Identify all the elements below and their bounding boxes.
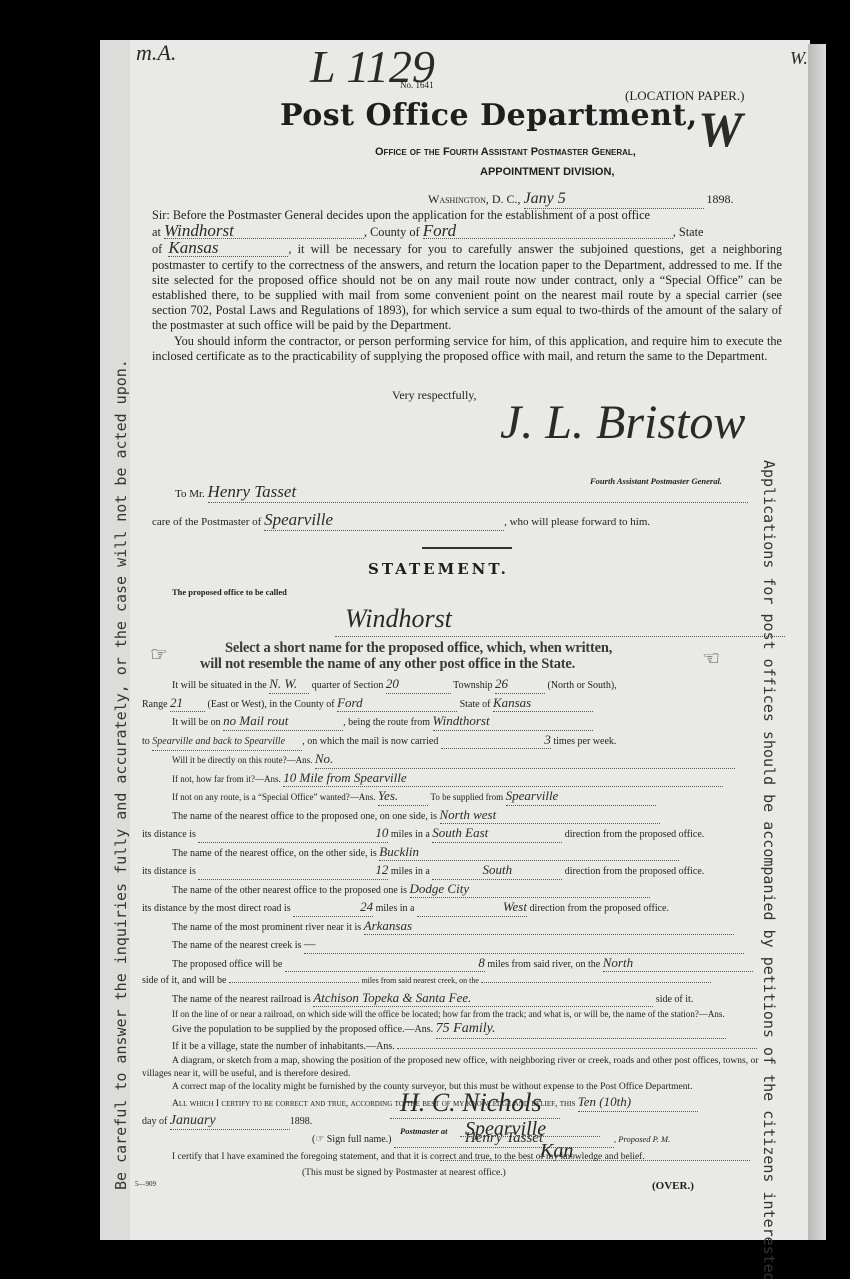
railroad-label: The name of the nearest railroad is <box>172 994 311 1005</box>
other-office-field: Dodge City <box>410 881 650 899</box>
village-question: If it be a village, state the number of … <box>172 1041 395 1052</box>
month-field: January <box>170 1113 290 1131</box>
postmaster-signature: H. C. Nichols <box>400 1088 542 1118</box>
letter-line-1: Before the Postmaster General decides up… <box>173 208 650 222</box>
river-side-label: miles from said river, on the <box>487 959 600 970</box>
form-number: No. 1641 <box>400 80 434 90</box>
side-of-it-2-label: side of it. <box>656 994 694 1005</box>
big-w-mark: W <box>698 100 742 158</box>
date-field: Jany 5 <box>524 190 704 209</box>
direction-from-label: direction from the proposed office. <box>565 829 705 840</box>
creek-miles-field <box>229 982 359 983</box>
division-heading: APPOINTMENT DIVISION, <box>480 166 614 178</box>
form-code: 5—909 <box>135 1180 156 1188</box>
care-label: care of the Postmaster of <box>152 516 261 528</box>
township-label: Township <box>453 680 492 691</box>
special-office-question: If not on any route, is a “Special Offic… <box>172 792 376 802</box>
quarter-field: N. W. <box>269 676 309 694</box>
forward-text: , who will please forward to him. <box>504 516 650 528</box>
bristow-signature: J. L. Bristow <box>500 395 745 450</box>
section-field: 20 <box>386 676 451 694</box>
postmaster-at-line <box>460 1136 600 1137</box>
supplied-from-field: Spearville <box>506 788 656 806</box>
left-margin-notice: Be careful to answer the inquiries fully… <box>112 430 130 1190</box>
pointing-hand-icon: ☞ <box>702 646 720 671</box>
department-title: Post Office Department, <box>280 98 698 133</box>
care-line: care of the Postmaster of Spearville, wh… <box>152 510 650 531</box>
pm-certify-text: I certify that I have examined the foreg… <box>142 1149 782 1166</box>
direction-2-field: South <box>432 862 562 880</box>
route-from-field: Windthorst <box>433 713 593 731</box>
side-of-it-label: side of it, and will be <box>142 975 226 986</box>
letter-body: Sir: Before the Postmaster General decid… <box>152 208 782 364</box>
of-label: of <box>152 242 162 256</box>
special-office-answer: Yes. <box>378 788 428 806</box>
proposed-pm-label: , Proposed P. M. <box>614 1134 670 1144</box>
population-answer: 75 Family. <box>436 1021 726 1039</box>
location-field: Windhorst <box>164 223 364 239</box>
to-label: to <box>142 736 150 747</box>
over-label: (OVER.) <box>652 1180 694 1192</box>
direction-from-label: direction from the proposed office. <box>565 866 705 877</box>
route-label: It will be on <box>172 717 221 728</box>
direction-from-label: direction from the proposed office. <box>529 903 669 914</box>
nearest-office-1-field: North west <box>440 807 660 825</box>
day-of-label: day of <box>142 1116 167 1127</box>
postmaster-at-field: Spearville <box>465 1118 546 1141</box>
place: Washington, D. C., <box>428 192 521 206</box>
railroad-field: Atchison Topeka & Santa Fee. <box>313 990 653 1008</box>
direction-1-field: South East <box>432 825 562 843</box>
times-per-week-field: 3 <box>441 732 551 750</box>
sign-full-name-label: (☞ Sign full name.) <box>312 1134 392 1145</box>
other-office-label: The name of the other nearest office to … <box>172 885 407 896</box>
nearest-office-2-field: Bucklin <box>379 844 679 862</box>
nearest-office-2-label: The name of the nearest office, on the o… <box>172 848 377 859</box>
county-label: , County of <box>364 225 420 239</box>
creek-miles-label: miles from said nearest creek, on the <box>361 976 479 985</box>
route-to-field: Spearville and back to Spearville <box>152 734 302 752</box>
supplied-from-label: To be supplied from <box>431 792 504 802</box>
right-margin-notice: Applications for post offices should be … <box>760 460 778 1180</box>
distance-2-field: 12 <box>198 862 388 880</box>
township-field: 26 <box>495 676 545 694</box>
pointing-hand-icon: ☞ <box>150 642 168 667</box>
distance-1-field: 10 <box>198 825 388 843</box>
postmaster-state-line <box>440 1160 750 1161</box>
range-field: 21 <box>170 695 205 713</box>
creek-field: — <box>304 936 744 954</box>
recipient-field: Henry Tasset <box>208 482 748 503</box>
times-label: times per week. <box>553 736 616 747</box>
route-from-label: , being the route from <box>343 717 430 728</box>
carried-label: , on which the mail is now carried <box>302 736 438 747</box>
margin-note-top-right: W. <box>790 48 808 69</box>
year: 1898. <box>707 192 734 206</box>
miles-in-a-label: miles in a <box>391 829 430 840</box>
direct-route-question: Will it be directly on this route?—Ans. <box>172 755 312 765</box>
to-line: To Mr. Henry Tasset <box>175 482 748 503</box>
closing: Very respectfully, <box>392 388 477 403</box>
salutation: Sir: <box>152 208 170 222</box>
margin-note-top-left: m.A. <box>136 40 176 66</box>
north-south-label: (North or South), <box>547 680 616 691</box>
location-paper-document: m.A. W. L 1129 No. 1641 (LOCATION PAPER.… <box>130 40 810 1240</box>
river-field: Arkansas <box>364 918 734 936</box>
creek-label: The name of the nearest creek is <box>172 940 301 951</box>
postmaster-at-label: Postmaster at <box>400 1126 447 1136</box>
office-heading: Office of the Fourth Assistant Postmaste… <box>375 146 636 158</box>
short-name-notice-line-1: Select a short name for the proposed off… <box>225 640 612 657</box>
railroad-question: If on the line of or near a railroad, on… <box>142 1008 782 1021</box>
distance-3-field: 24 <box>293 899 373 917</box>
creek-side-field <box>481 982 711 983</box>
nearest-office-1-label: The name of the nearest office to the pr… <box>172 811 437 822</box>
to-label: To Mr. <box>175 488 205 500</box>
state-field: Kansas <box>493 695 593 713</box>
page-edge-right <box>808 44 826 1240</box>
at-label: at <box>152 225 161 239</box>
distance-2-label: its distance is <box>142 866 196 877</box>
state-label: , State <box>673 225 704 239</box>
section-label: quarter of Section <box>312 680 384 691</box>
east-west-label: (East or West), <box>208 699 267 710</box>
proposed-name-field: Windhorst <box>345 604 452 634</box>
distance-1-label: its distance is <box>142 829 196 840</box>
situated-label: It will be situated in the <box>172 680 267 691</box>
statement-heading: STATEMENT. <box>368 560 509 578</box>
letter-paragraph-2: You should inform the contractor, or per… <box>152 334 782 364</box>
county-field: Ford <box>423 223 673 239</box>
dateline: Washington, D. C., Jany 5 1898. <box>428 190 734 209</box>
river-miles-label: The proposed office will be <box>172 959 282 970</box>
direction-3-field: West <box>417 899 527 917</box>
proposed-name-line <box>335 636 785 637</box>
river-miles-field: 8 <box>285 955 485 973</box>
county-field: Ford <box>337 695 457 713</box>
how-far-question: If not, how far from it?—Ans. <box>172 774 281 784</box>
divider-ornament <box>422 547 512 549</box>
diagram-note: A diagram, or sketch from a map, showing… <box>142 1055 782 1081</box>
state-label: State of <box>460 699 491 710</box>
distance-3-label: its distance by the most direct road is <box>142 903 291 914</box>
direct-route-answer: No. <box>315 751 735 769</box>
population-question: Give the population to be supplied by th… <box>172 1024 433 1035</box>
river-side-field: North <box>603 955 753 973</box>
certify-year: 1898. <box>290 1116 313 1127</box>
proposed-name-label: The proposed office to be called <box>172 587 287 597</box>
miles-in-a-label: miles in a <box>376 903 415 914</box>
village-answer <box>397 1048 757 1049</box>
county-label: in the County of <box>269 699 334 710</box>
range-label: Range <box>142 699 168 710</box>
how-far-answer: 10 Mile from Spearville <box>283 770 723 788</box>
care-of-field: Spearville <box>264 510 504 531</box>
state-field: Kansas <box>168 240 288 256</box>
short-name-notice-line-2: will not resemble the name of any other … <box>200 656 575 673</box>
miles-in-a-label: miles in a <box>391 866 430 877</box>
route-field: no Mail rout <box>223 713 343 731</box>
river-label: The name of the most prominent river nea… <box>172 922 361 933</box>
day-field: Ten (10th) <box>578 1094 698 1112</box>
